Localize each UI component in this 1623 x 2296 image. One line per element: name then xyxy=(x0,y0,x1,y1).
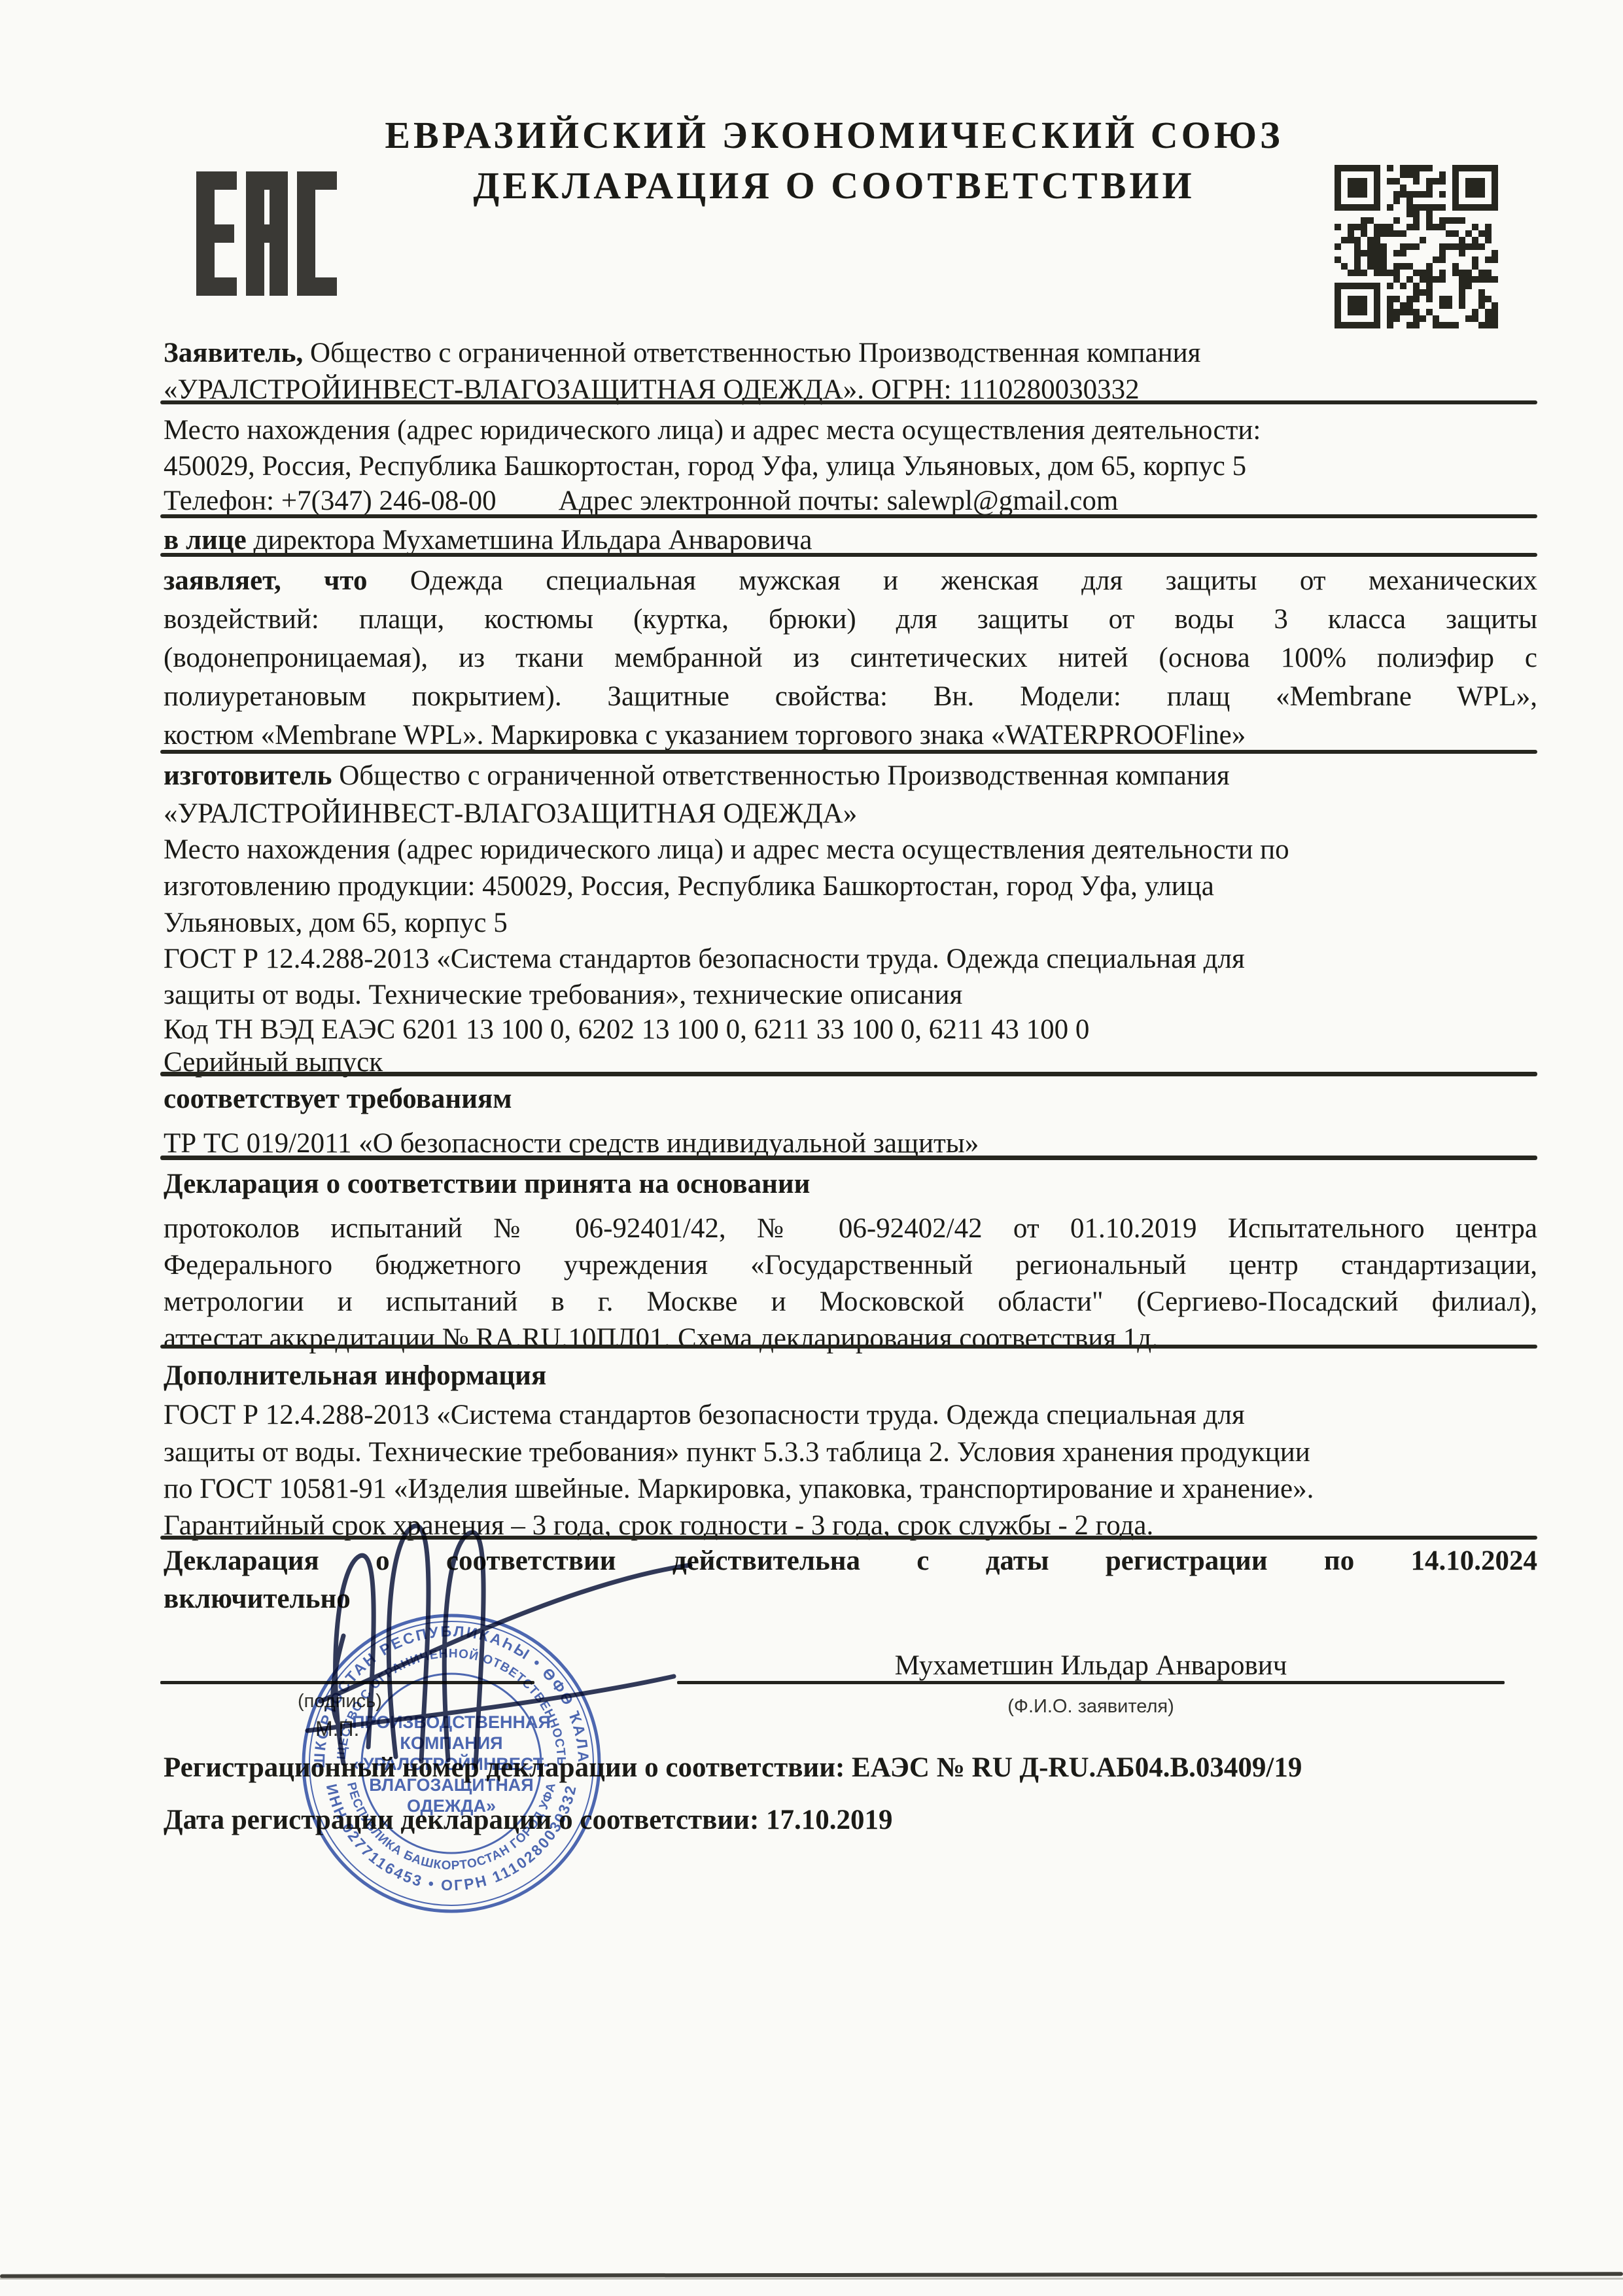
additional-line: защиты от воды. Технические требования» … xyxy=(164,1434,1537,1471)
subject-label: заявляет, что xyxy=(164,565,410,596)
email-value: salewpl@gmail.com xyxy=(887,486,1119,516)
applicant-label: Заявитель, xyxy=(164,338,310,368)
svg-text:ОДЕЖДА»: ОДЕЖДА» xyxy=(407,1796,496,1816)
subject-line1-text: Одежда специальная мужская и женская для… xyxy=(410,565,1537,596)
subject-line: костюм «Membrane WPL». Маркировка с указ… xyxy=(164,716,1537,754)
manufacturer-line1-text: Общество с ограниченной ответственностью… xyxy=(339,760,1229,791)
gost-line: ГОСТ Р 12.4.288-2013 «Система стандартов… xyxy=(164,941,1537,978)
manufacturer-address-line: Место нахождения (адрес юридического лиц… xyxy=(164,832,1537,868)
additional-line: ГОСТ Р 12.4.288-2013 «Система стандартов… xyxy=(164,1397,1537,1434)
subject-line: полиуретановым покрытием). Защитные свой… xyxy=(164,677,1537,716)
subject-line: воздействий: плащи, костюмы (куртка, брю… xyxy=(164,600,1537,639)
applicant-fio: Мухаметшин Ильдар Анварович xyxy=(677,1648,1505,1684)
basis-line: Федерального бюджетного учреждения «Госу… xyxy=(164,1247,1537,1284)
applicant-line1-text: Общество с ограниченной ответственностью… xyxy=(310,338,1200,368)
handwritten-signature xyxy=(281,1505,713,1793)
additional-line: по ГОСТ 10581-91 «Изделия швейные. Марки… xyxy=(164,1471,1537,1508)
divider xyxy=(160,1072,1537,1076)
phone-value: +7(347) 246-08-00 xyxy=(281,486,497,516)
basis-heading: Декларация о соответствии принята на осн… xyxy=(164,1166,1537,1203)
applicant-address-line2: 450029, Россия, Республика Башкортостан,… xyxy=(164,448,1537,485)
divider xyxy=(160,1156,1537,1160)
divider xyxy=(160,1345,1537,1349)
fio-caption: (Ф.И.О. заявителя) xyxy=(677,1696,1505,1718)
director-name: директора Мухаметшина Ильдара Анваровича xyxy=(253,525,812,556)
manufacturer-address-line: Ульяновых, дом 65, корпус 5 xyxy=(164,905,1537,942)
manufacturer-address-line: изготовлению продукции: 450029, Россия, … xyxy=(164,868,1537,905)
divider xyxy=(160,750,1537,754)
gost-line: защиты от воды. Технические требования»,… xyxy=(164,977,1537,1014)
applicant-line1: Заявитель, Общество с ограниченной ответ… xyxy=(164,335,1537,372)
basis-paragraph: протоколов испытаний № 06-92401/42, № 06… xyxy=(164,1210,1537,1357)
subject-paragraph: заявляет, что Одежда специальная мужская… xyxy=(164,561,1537,754)
compliance-heading: соответствует требованиям xyxy=(164,1081,1537,1118)
email-label: Адрес электронной почты: xyxy=(559,486,887,516)
divider xyxy=(160,400,1537,404)
additional-heading: Дополнительная информация xyxy=(164,1358,1537,1394)
phone-label: Телефон: xyxy=(164,486,281,516)
basis-line: метрологии и испытаний в г. Москве и Мос… xyxy=(164,1284,1537,1320)
divider xyxy=(160,514,1537,518)
document-page: { "colors": { "ink": "#1b1b17", "stamp_b… xyxy=(0,0,1623,2296)
manufacturer-line2: «УРАЛСТРОЙИНВЕСТ-ВЛАГОЗАЩИТНАЯ ОДЕЖДА» xyxy=(164,796,1537,832)
director-label: в лице xyxy=(164,525,253,556)
applicant-address-line1: Место нахождения (адрес юридического лиц… xyxy=(164,412,1537,449)
qr-code xyxy=(1335,165,1498,328)
manufacturer-label: изготовитель xyxy=(164,760,339,791)
scan-edge-artifact-shadow xyxy=(0,2278,1623,2280)
tnved-line: Код ТН ВЭД ЕАЭС 6201 13 100 0, 6202 13 1… xyxy=(164,1012,1537,1048)
basis-line: протоколов испытаний № 06-92401/42, № 06… xyxy=(164,1210,1537,1247)
manufacturer-line1: изготовитель Общество с ограниченной отв… xyxy=(164,758,1537,794)
subject-line: (водонепроницаемая), из ткани мембранной… xyxy=(164,639,1537,677)
subject-line: заявляет, что Одежда специальная мужская… xyxy=(164,561,1537,600)
basis-line: аттестат аккредитации № RA.RU.10ПЛ01. Сх… xyxy=(164,1320,1537,1357)
divider xyxy=(160,553,1537,557)
union-title: ЕВРАЗИЙСКИЙ ЭКОНОМИЧЕСКИЙ СОЮЗ xyxy=(278,115,1390,156)
doc-title: ДЕКЛАРАЦИЯ О СООТВЕТСТВИИ xyxy=(278,165,1390,207)
